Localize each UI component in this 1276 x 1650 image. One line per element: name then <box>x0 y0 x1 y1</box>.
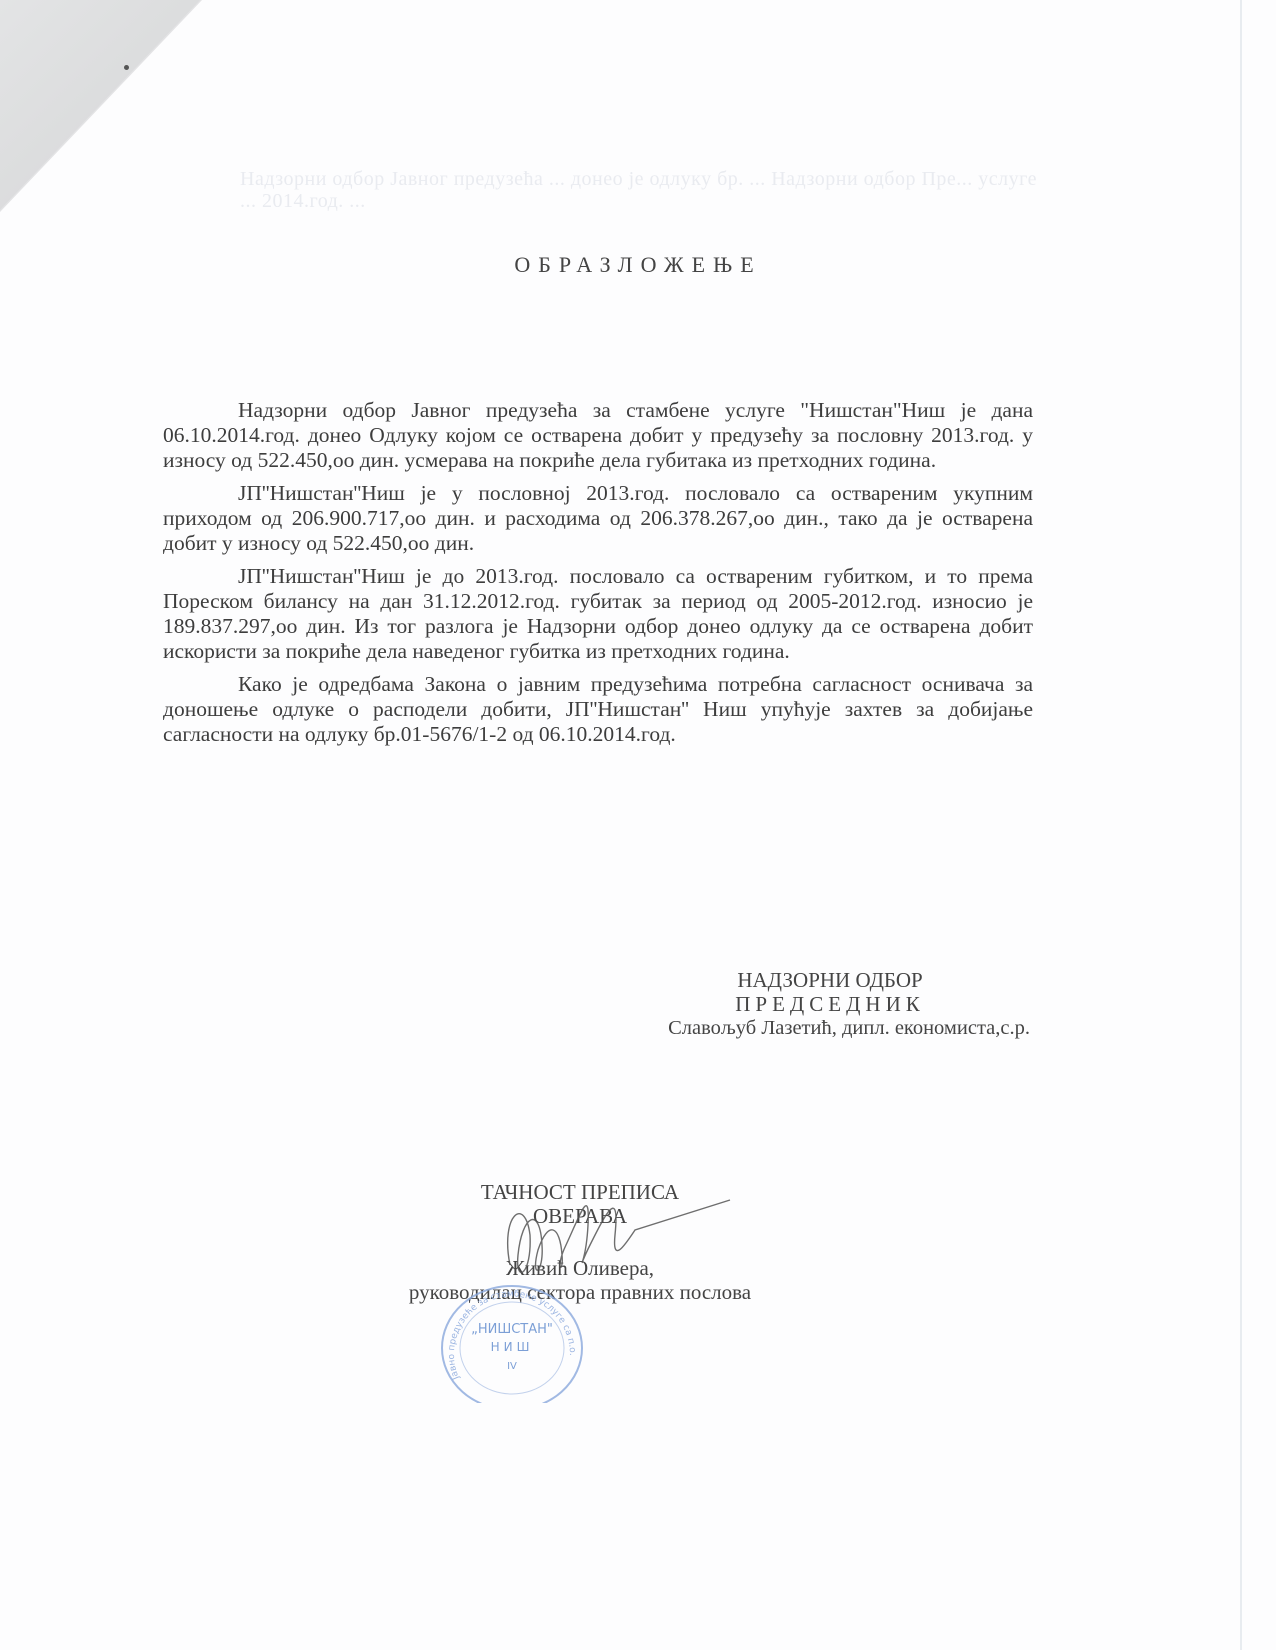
paragraph: Како је одредбама Закона о јавним предуз… <box>163 672 1033 747</box>
ghost-line: Надзорни одбор Јавног предузећа ... доне… <box>240 168 1140 190</box>
folded-corner <box>0 0 200 210</box>
paragraph: ЈП''Нишстан''Ниш је до 2013.год. послова… <box>163 564 1033 664</box>
svg-text:IV: IV <box>507 1361 517 1372</box>
official-stamp-icon: Јавно предузеће за стамбене услуге са п.… <box>437 1283 587 1403</box>
svg-text:НИШ: НИШ <box>491 1340 534 1354</box>
paragraph: ЈП''Нишстан''Ниш је у пословној 2013.год… <box>163 481 1033 556</box>
board-signatory: Славољуб Лазетић, дипл. економиста,с.р. <box>610 1016 1030 1040</box>
document-body: Надзорни одбор Јавног предузећа за стамб… <box>163 398 1033 755</box>
board-name: НАДЗОРНИ ОДБОР <box>610 968 1050 992</box>
document-title: ОБРАЗЛОЖЕЊЕ <box>0 252 1276 278</box>
page-edge <box>1240 0 1242 1650</box>
scan-speck <box>124 65 129 70</box>
bleed-through-text: Надзорни одбор Јавног предузећа ... доне… <box>240 168 1140 212</box>
board-signature-block: НАДЗОРНИ ОДБОР ПРЕДСЕДНИК Славољуб Лазет… <box>610 968 1050 1040</box>
handwritten-signature-icon <box>470 1175 750 1295</box>
svg-text:„НИШСТАН": „НИШСТАН" <box>471 1322 553 1337</box>
paragraph: Надзорни одбор Јавног предузећа за стамб… <box>163 398 1033 473</box>
board-role: ПРЕДСЕДНИК <box>610 992 1050 1016</box>
ghost-line: ... 2014.год. ... <box>240 190 1140 212</box>
